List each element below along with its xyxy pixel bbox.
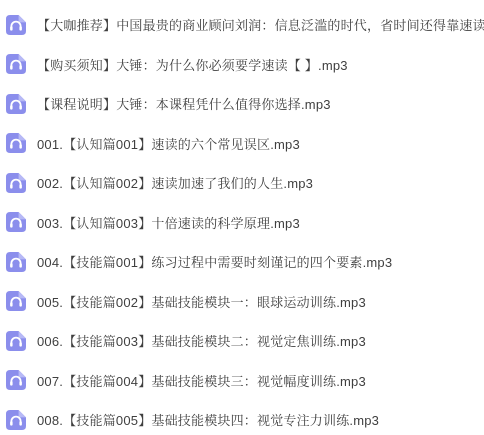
file-title: 006.【技能篇003】基础技能模块二：视觉定焦训练.mp3 [37, 331, 366, 350]
list-item[interactable]: 【课程说明】大锤：本课程凭什么值得你选择.mp3 [4, 84, 484, 124]
list-item[interactable]: 006.【技能篇003】基础技能模块二：视觉定焦训练.mp3 [4, 321, 484, 361]
file-title: 003.【认知篇003】十倍速读的科学原理.mp3 [37, 213, 300, 232]
audio-file-icon [4, 368, 28, 392]
file-title: 002.【认知篇002】速读加速了我们的人生.mp3 [37, 173, 313, 192]
file-title: 【课程说明】大锤：本课程凭什么值得你选择.mp3 [37, 94, 331, 113]
audio-file-icon [4, 408, 28, 432]
file-title: 007.【技能篇004】基础技能模块三：视觉幅度训练.mp3 [37, 371, 366, 390]
audio-file-icon [4, 210, 28, 234]
list-item[interactable]: 【购买须知】大锤：为什么你必须要学速读【 】.mp3 [4, 45, 484, 85]
file-title: 004.【技能篇001】练习过程中需要时刻谨记的四个要素.mp3 [37, 252, 392, 271]
file-title: 005.【技能篇002】基础技能模块一：眼球运动训练.mp3 [37, 292, 366, 311]
list-item[interactable]: 001.【认知篇001】速读的六个常见误区.mp3 [4, 124, 484, 164]
list-item[interactable]: 002.【认知篇002】速读加速了我们的人生.mp3 [4, 163, 484, 203]
audio-file-icon [4, 13, 28, 37]
list-item[interactable]: 007.【技能篇004】基础技能模块三：视觉幅度训练.mp3 [4, 361, 484, 401]
audio-file-icon [4, 52, 28, 76]
list-item[interactable]: 004.【技能篇001】练习过程中需要时刻谨记的四个要素.mp3 [4, 242, 484, 282]
list-item[interactable]: 003.【认知篇003】十倍速读的科学原理.mp3 [4, 203, 484, 243]
audio-file-icon [4, 289, 28, 313]
audio-file-icon [4, 250, 28, 274]
audio-file-icon [4, 131, 28, 155]
file-title: 001.【认知篇001】速读的六个常见误区.mp3 [37, 134, 300, 153]
list-item[interactable]: 008.【技能篇005】基础技能模块四：视觉专注力训练.mp3 [4, 400, 484, 435]
file-title: 【购买须知】大锤：为什么你必须要学速读【 】.mp3 [37, 55, 348, 74]
file-title: 【大咖推荐】中国最贵的商业顾问刘润：信息泛滥的时代，省时间还得靠速读.mp3 [37, 15, 484, 34]
audio-file-icon [4, 171, 28, 195]
file-title: 008.【技能篇005】基础技能模块四：视觉专注力训练.mp3 [37, 410, 379, 429]
list-item[interactable]: 【大咖推荐】中国最贵的商业顾问刘润：信息泛滥的时代，省时间还得靠速读.mp3 [4, 5, 484, 45]
audio-file-icon [4, 329, 28, 353]
audio-file-icon [4, 92, 28, 116]
audio-file-list: 【大咖推荐】中国最贵的商业顾问刘润：信息泛滥的时代，省时间还得靠速读.mp3 【… [0, 0, 484, 435]
list-item[interactable]: 005.【技能篇002】基础技能模块一：眼球运动训练.mp3 [4, 282, 484, 322]
